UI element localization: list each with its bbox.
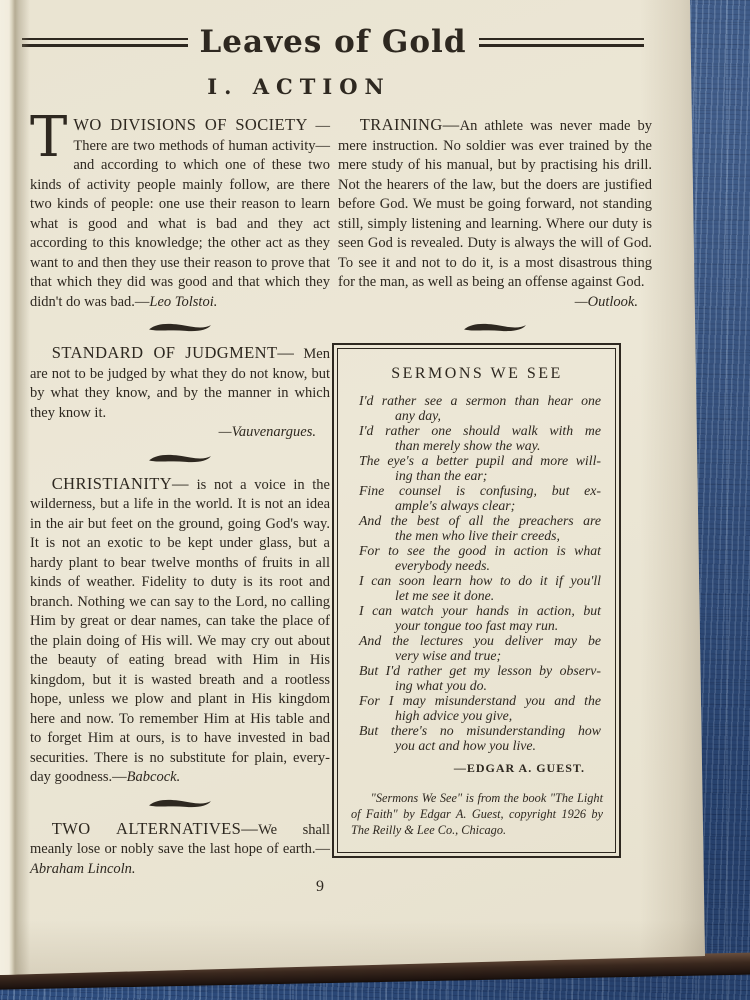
attribution: Leo Tolstoi.: [149, 294, 217, 310]
page-right-shading: [640, 0, 706, 1000]
poem-line: ample's always clear;: [351, 498, 603, 513]
poem-line: let me see it done.: [351, 588, 603, 603]
poem-footnote: "Sermons We See" is from the book "The L…: [351, 790, 603, 838]
flourish-divider-icon: [147, 319, 213, 334]
section-body: An athlete was never made by mere instru…: [338, 118, 652, 290]
chapter-title: I. ACTION: [0, 74, 610, 99]
poem-line: than merely show the way.: [351, 438, 603, 453]
poem-body: I'd rather see a sermon than hear oneany…: [351, 393, 603, 753]
attribution: —Vauvenargues.: [30, 423, 330, 443]
section-heading: CHRISTIANITY—: [52, 474, 189, 493]
poem-line: Fine counsel is confusing, but ex-: [351, 483, 603, 498]
book-page: Leaves of Gold I. ACTION TWO DIVISIONS O…: [0, 0, 750, 1000]
flourish-divider-icon: [462, 319, 528, 334]
left-column: TWO DIVISIONS OF SOCIETY —There are two …: [30, 115, 330, 883]
section-heading: STANDARD OF JUDGMENT—: [52, 343, 295, 362]
poem-line: For to see the good in action is what: [351, 543, 603, 558]
section-training: TRAINING—An athlete was never made by me…: [338, 115, 652, 312]
attribution: Babcock.: [127, 769, 181, 785]
poem-line: very wise and true;: [351, 648, 603, 663]
book-title: Leaves of Gold: [188, 24, 479, 60]
right-column: TRAINING—An athlete was never made by me…: [338, 115, 652, 883]
poem-line: you act and how you live.: [351, 738, 603, 753]
flourish-divider-icon: [147, 795, 213, 810]
photo-background-fabric: Leaves of Gold I. ACTION TWO DIVISIONS O…: [0, 0, 750, 1000]
page-number: 9: [30, 878, 610, 896]
poem-line: But I'd rather get my lesson by observ-: [351, 663, 603, 678]
header-rule-left: [22, 38, 188, 47]
poem-attribution: —EDGAR A. GUEST.: [351, 761, 585, 776]
poem-line: But there's no misunderstanding how: [351, 723, 603, 738]
poem-line: I can watch your hands in action, but: [351, 603, 603, 618]
text-columns: TWO DIVISIONS OF SOCIETY —There are two …: [30, 115, 652, 883]
section-two-alternatives: TWO ALTERNATIVES—We shall meanly lose or…: [30, 819, 330, 880]
page-content: Leaves of Gold I. ACTION TWO DIVISIONS O…: [30, 10, 652, 883]
section-standard-of-judgment: STANDARD OF JUDGMENT— Men are not to be …: [30, 343, 330, 443]
poem-line: I'd rather see a sermon than hear one: [351, 393, 603, 408]
section-heading: WO DIVISIONS OF SOCIETY: [73, 115, 307, 134]
drop-cap-letter: T: [30, 115, 73, 159]
section-body: —There are two methods of human activity…: [30, 118, 330, 310]
poem-line: ing what you do.: [351, 678, 603, 693]
poem-title: SERMONS WE SEE: [351, 365, 603, 383]
section-heading: TRAINING—: [360, 115, 460, 134]
poem-line: I can soon learn how to do it if you'll: [351, 573, 603, 588]
header-rule-right: [479, 38, 645, 47]
attribution: Abraham Lincoln.: [30, 861, 136, 877]
section-heading: TWO ALTERNATIVES—: [52, 819, 258, 838]
poem-line: For I may misunderstand you and the: [351, 693, 603, 708]
poem-line: ing than the ear;: [351, 468, 603, 483]
poem-line: And the best of all the preachers are: [351, 513, 603, 528]
section-two-divisions: TWO DIVISIONS OF SOCIETY —There are two …: [30, 115, 330, 312]
sermons-box-inner-border: SERMONS WE SEE I'd rather see a sermon t…: [337, 348, 616, 853]
sermons-we-see-box: SERMONS WE SEE I'd rather see a sermon t…: [332, 343, 621, 858]
flourish-divider-icon: [147, 450, 213, 465]
poem-line: The eye's a better pupil and more will-: [351, 453, 603, 468]
poem-line: I'd rather one should walk with me: [351, 423, 603, 438]
poem-line: high advice you give,: [351, 708, 603, 723]
poem-line: everybody needs.: [351, 558, 603, 573]
poem-line: your tongue too fast may run.: [351, 618, 603, 633]
poem-line: the men who live their creeds,: [351, 528, 603, 543]
attribution: —Outlook.: [338, 293, 652, 313]
poem-line: any day,: [351, 408, 603, 423]
underlying-pages-edge: [0, 0, 32, 976]
poem-line: And the lectures you deliver may be: [351, 633, 603, 648]
section-body: is not a voice in the wilderness, but a …: [30, 477, 330, 786]
section-christianity: CHRISTIANITY— is not a voice in the wild…: [30, 474, 330, 788]
page-header: Leaves of Gold: [22, 24, 644, 60]
